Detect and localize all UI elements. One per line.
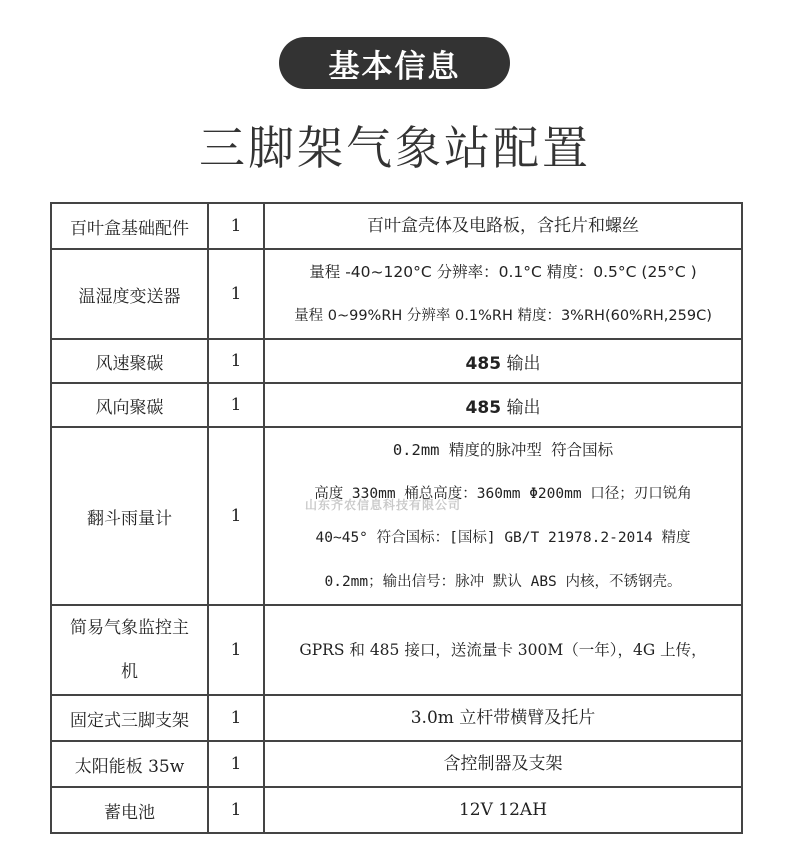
- config-table: 百叶盒基础配件 1 百叶盒壳体及电路板，含托片和螺丝 温湿度变送器 1 量程 -…: [50, 202, 743, 834]
- item-qty: 1: [208, 605, 264, 695]
- item-desc: GPRS 和 485 接口，送流量卡 300M（一年），4G 上传，: [264, 605, 742, 695]
- table-row: 简易气象监控主 机 1 GPRS 和 485 接口，送流量卡 300M（一年），…: [51, 605, 742, 695]
- page-title: 三脚架气象站配置: [0, 118, 790, 178]
- item-desc: 12V 12AH: [264, 787, 742, 833]
- desc-line: 3.0m 立杆带横臂及托片: [269, 696, 737, 740]
- item-name: 简易气象监控主 机: [51, 605, 208, 695]
- item-name: 太阳能板 35w: [51, 741, 208, 787]
- table-row: 温湿度变送器 1 量程 -40~120°C 分辨率：0.1°C 精度：0.5°C…: [51, 249, 742, 339]
- item-desc: 百叶盒壳体及电路板，含托片和螺丝: [264, 203, 742, 249]
- item-name: 风速聚碳: [51, 339, 208, 383]
- table-row: 百叶盒基础配件 1 百叶盒壳体及电路板，含托片和螺丝: [51, 203, 742, 249]
- desc-line: 12V 12AH: [269, 788, 737, 832]
- item-name-line: 简易气象监控主: [56, 606, 203, 650]
- item-desc: 量程 -40~120°C 分辨率：0.1°C 精度：0.5°C (25°C ) …: [264, 249, 742, 339]
- item-qty: 1: [208, 741, 264, 787]
- item-name: 固定式三脚支架: [51, 695, 208, 741]
- table-row: 翻斗雨量计 1 0.2mm 精度的脉冲型 符合国标 高度 330mm 桶总高度：…: [51, 427, 742, 605]
- desc-number: 485: [466, 398, 502, 418]
- desc-line: 40~45° 符合国标：[国标] GB/T 21978.2-2014 精度: [269, 516, 737, 560]
- desc-line: GPRS 和 485 接口，送流量卡 300M（一年），4G 上传，: [269, 628, 737, 672]
- item-name: 风向聚碳: [51, 383, 208, 427]
- item-desc: 0.2mm 精度的脉冲型 符合国标 高度 330mm 桶总高度：360mm Φ2…: [264, 427, 742, 605]
- item-qty: 1: [208, 787, 264, 833]
- desc-line: 0.2mm 精度的脉冲型 符合国标: [269, 428, 737, 472]
- table-row: 风速聚碳 1 485 输出: [51, 339, 742, 383]
- desc-text: 输出: [501, 354, 540, 374]
- item-name-line: 机: [56, 650, 203, 694]
- desc-line: 百叶盒壳体及电路板，含托片和螺丝: [269, 204, 737, 248]
- item-qty: 1: [208, 203, 264, 249]
- item-qty: 1: [208, 339, 264, 383]
- item-qty: 1: [208, 427, 264, 605]
- table-row: 蓄电池 1 12V 12AH: [51, 787, 742, 833]
- section-badge-label: 基本信息: [329, 41, 461, 86]
- watermark: 山东齐农信息科技有限公司: [305, 496, 461, 513]
- desc-number: 485: [466, 354, 502, 374]
- item-qty: 1: [208, 249, 264, 339]
- item-name: 翻斗雨量计: [51, 427, 208, 605]
- section-badge: 基本信息: [279, 37, 510, 89]
- desc-line: 含控制器及支架: [269, 742, 737, 786]
- item-qty: 1: [208, 695, 264, 741]
- table-row: 太阳能板 35w 1 含控制器及支架: [51, 741, 742, 787]
- item-desc: 485 输出: [264, 339, 742, 383]
- item-desc: 485 输出: [264, 383, 742, 427]
- item-name: 温湿度变送器: [51, 249, 208, 339]
- desc-line: 0.2mm；输出信号：脉冲 默认 ABS 内核，不锈钢壳。: [269, 560, 737, 604]
- table-row: 风向聚碳 1 485 输出: [51, 383, 742, 427]
- desc-line: 量程 0~99%RH 分辨率 0.1%RH 精度：3%RH(60%RH,259C…: [269, 294, 737, 338]
- item-desc: 含控制器及支架: [264, 741, 742, 787]
- item-qty: 1: [208, 383, 264, 427]
- desc-line: 量程 -40~120°C 分辨率：0.1°C 精度：0.5°C (25°C ): [269, 250, 737, 294]
- item-name: 蓄电池: [51, 787, 208, 833]
- item-name: 百叶盒基础配件: [51, 203, 208, 249]
- table-row: 固定式三脚支架 1 3.0m 立杆带横臂及托片: [51, 695, 742, 741]
- desc-text: 输出: [501, 398, 540, 418]
- item-desc: 3.0m 立杆带横臂及托片: [264, 695, 742, 741]
